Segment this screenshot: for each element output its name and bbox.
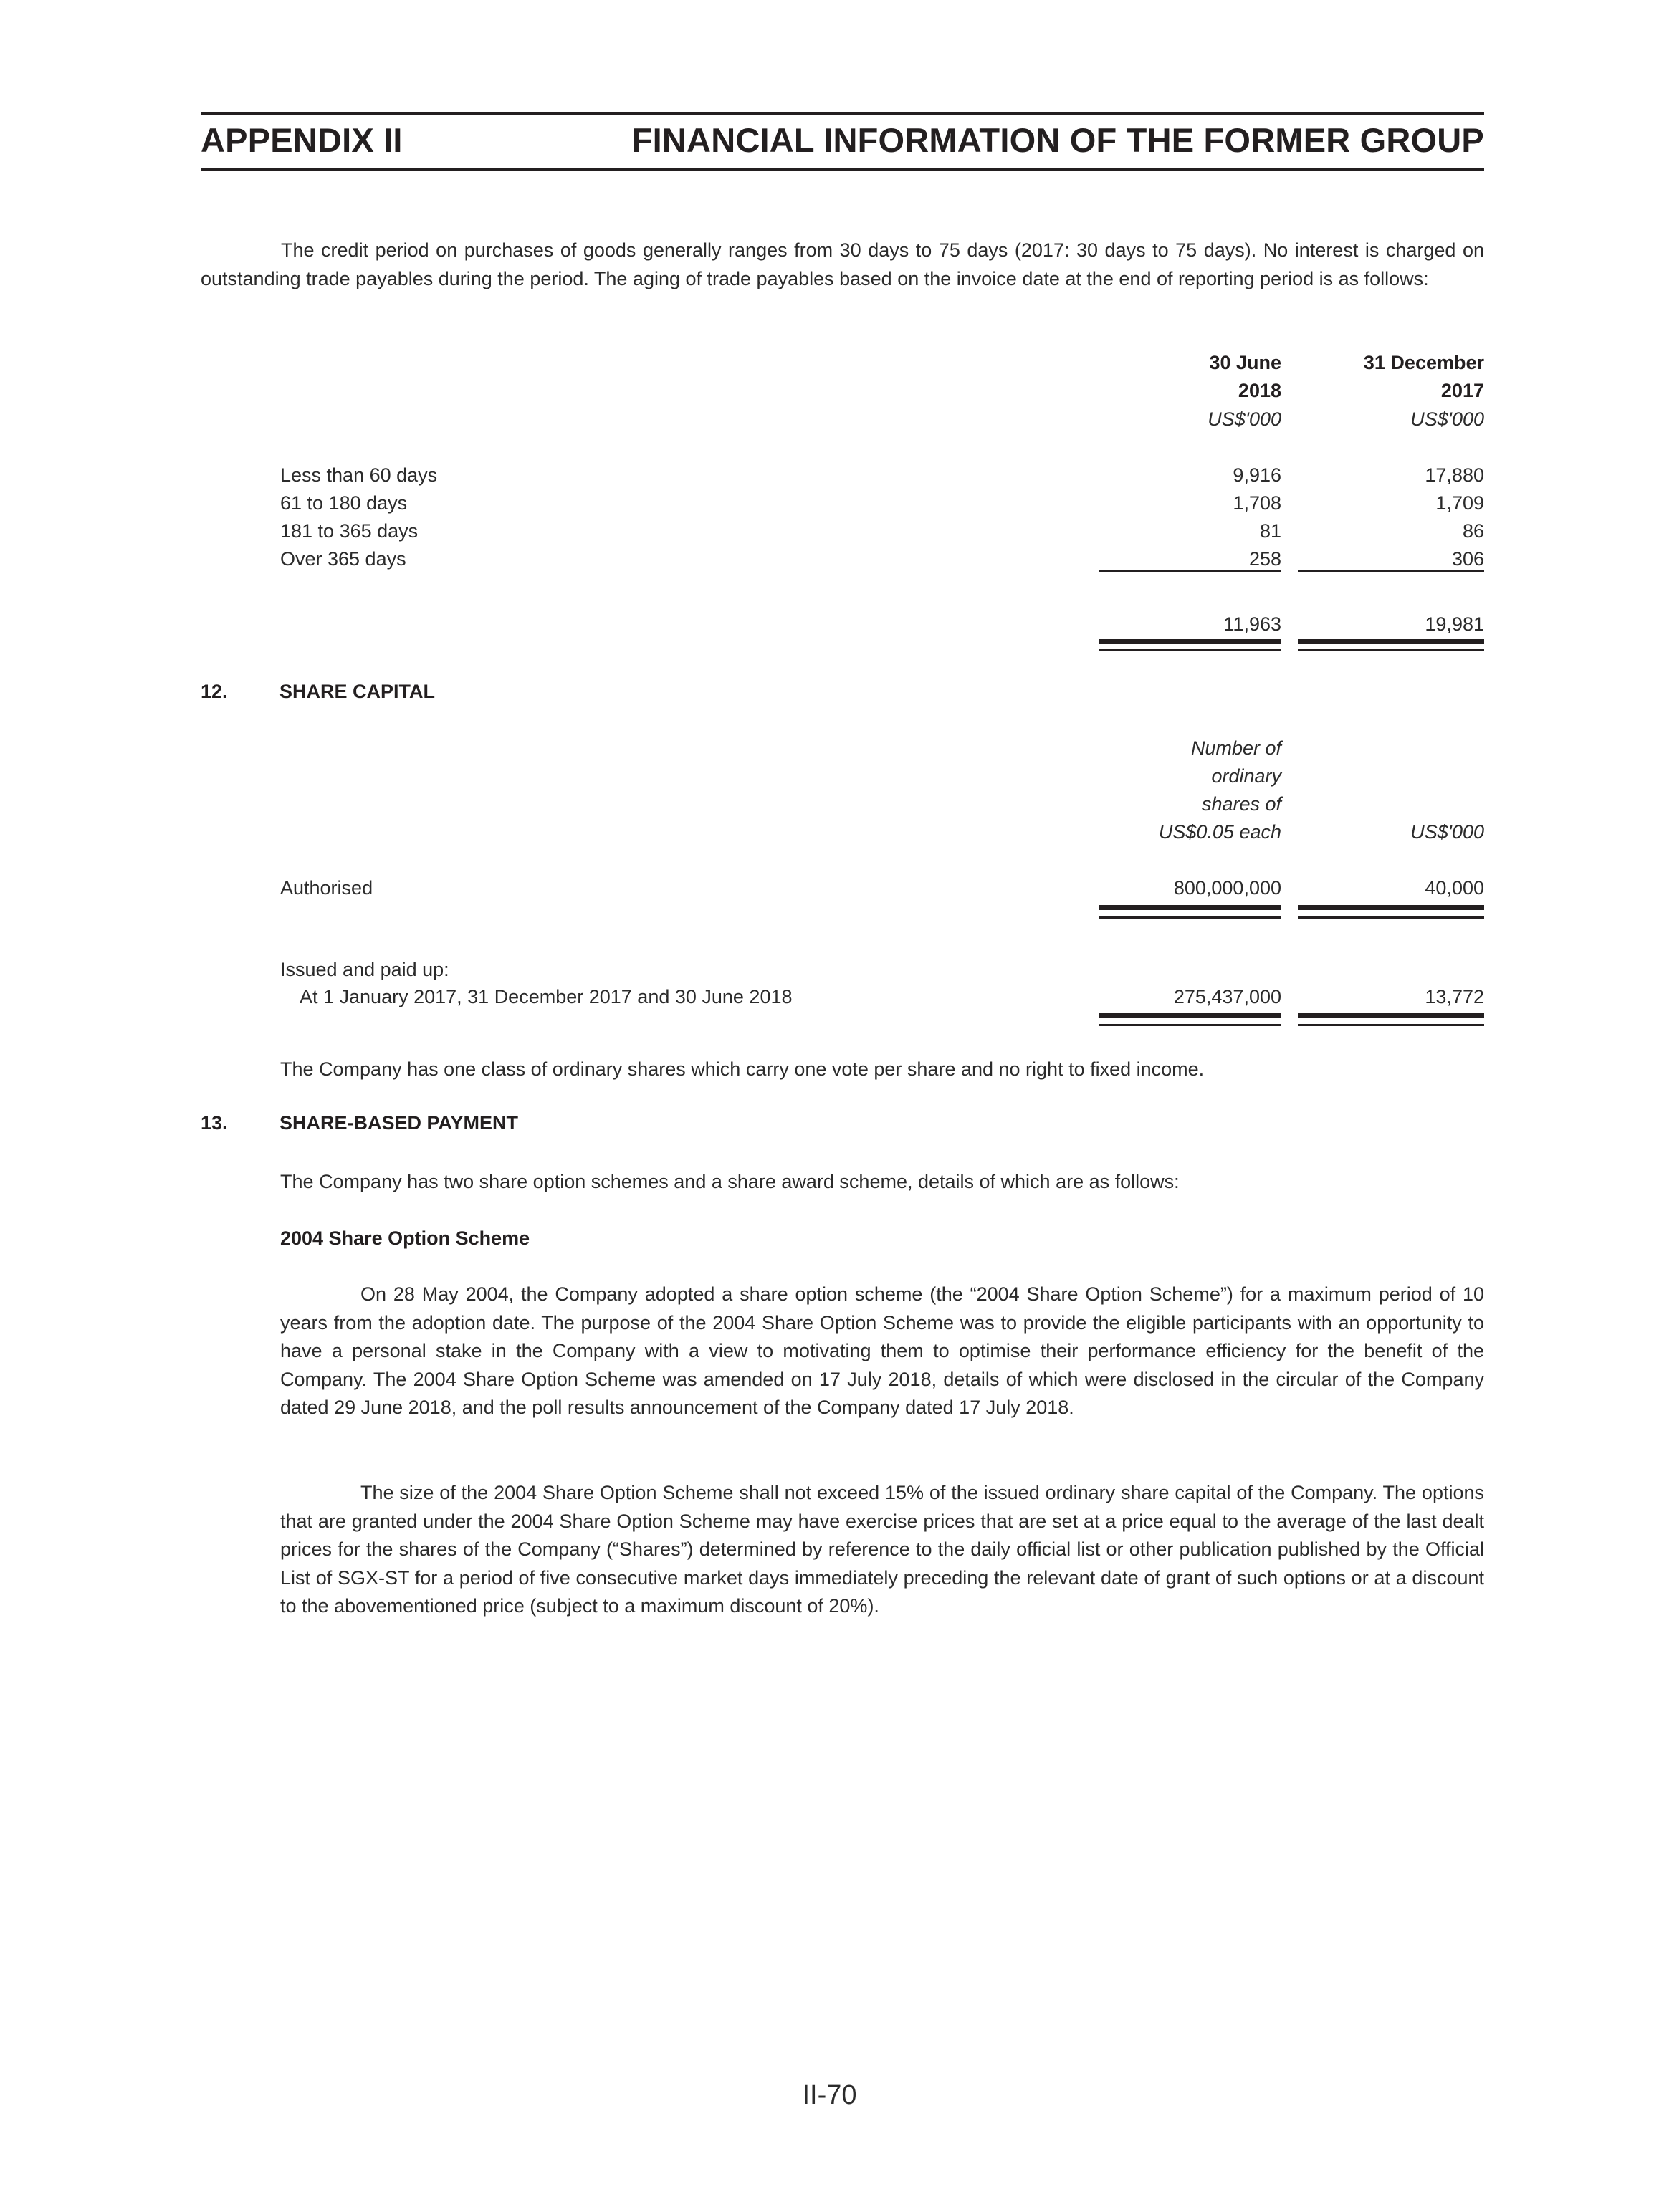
- aging-total-value: 11,963: [1111, 611, 1281, 639]
- section-13-title: SHARE-BASED PAYMENT: [279, 1112, 518, 1134]
- authorised-double-rule-thick: [1298, 905, 1484, 910]
- aging-row-value: 258: [1111, 545, 1281, 574]
- authorised-double-rule-thin: [1099, 916, 1281, 919]
- total-double-rule-thick: [1099, 639, 1281, 644]
- subtotal-rule: [1298, 570, 1484, 572]
- section-13-number: 13.: [201, 1112, 228, 1134]
- page-title: FINANCIAL INFORMATION OF THE FORMER GROU…: [632, 120, 1484, 160]
- total-double-rule-thin: [1298, 649, 1484, 651]
- authorised-label: Authorised: [280, 874, 373, 903]
- intro-paragraph: The credit period on purchases of goods …: [201, 236, 1484, 293]
- issued-row-label: At 1 January 2017, 31 December 2017 and …: [300, 983, 793, 1012]
- share-class-note: The Company has one class of ordinary sh…: [280, 1055, 1204, 1084]
- authorised-double-rule-thin: [1298, 916, 1484, 919]
- aging-row-label: Over 365 days: [280, 545, 406, 574]
- issued-double-rule-thin: [1099, 1024, 1281, 1026]
- scheme-paragraph-1: On 28 May 2004, the Company adopted a sh…: [280, 1280, 1484, 1422]
- issued-label: Issued and paid up:: [280, 956, 449, 985]
- aging-row-label: 61 to 180 days: [280, 489, 407, 518]
- col2-unit: US$'000: [1310, 406, 1484, 434]
- issued-double-rule-thin: [1298, 1024, 1484, 1026]
- section-13-intro: The Company has two share option schemes…: [280, 1168, 1180, 1197]
- aging-row-value: 1,708: [1111, 489, 1281, 518]
- total-double-rule-thin: [1099, 649, 1281, 651]
- section-12-title: SHARE CAPITAL: [279, 681, 435, 703]
- section-12-number: 12.: [201, 681, 228, 703]
- aging-row-value: 306: [1310, 545, 1484, 574]
- shares-col-header-line: ordinary: [1111, 762, 1281, 791]
- subtotal-rule: [1099, 570, 1281, 572]
- subheading-2004-scheme: 2004 Share Option Scheme: [280, 1225, 530, 1253]
- amount-col-header: US$'000: [1310, 818, 1484, 847]
- authorised-double-rule-thick: [1099, 905, 1281, 910]
- appendix-label: APPENDIX II: [201, 120, 403, 160]
- authorised-amount: 40,000: [1310, 874, 1484, 903]
- page-number: II-70: [0, 2080, 1659, 2111]
- shares-col-header-line: shares of: [1111, 790, 1281, 819]
- shares-col-header-line: US$0.05 each: [1111, 818, 1281, 847]
- aging-total-value: 19,981: [1310, 611, 1484, 639]
- col1-unit: US$'000: [1111, 406, 1281, 434]
- header-bottom-rule: [201, 168, 1484, 171]
- scheme-paragraph-2: The size of the 2004 Share Option Scheme…: [280, 1479, 1484, 1621]
- shares-col-header-line: Number of: [1111, 734, 1281, 763]
- aging-row-value: 81: [1111, 517, 1281, 546]
- issued-double-rule-thick: [1298, 1013, 1484, 1018]
- authorised-shares: 800,000,000: [1111, 874, 1281, 903]
- col1-header-line1: 30 June: [1111, 349, 1281, 378]
- total-double-rule-thick: [1298, 639, 1484, 644]
- aging-row-label: 181 to 365 days: [280, 517, 418, 546]
- col1-header-line2: 2018: [1111, 377, 1281, 406]
- header-top-rule: [201, 112, 1484, 115]
- aging-row-label: Less than 60 days: [280, 461, 437, 490]
- col2-header-line2: 2017: [1310, 377, 1484, 406]
- issued-amount: 13,772: [1310, 983, 1484, 1012]
- issued-shares: 275,437,000: [1111, 983, 1281, 1012]
- issued-double-rule-thick: [1099, 1013, 1281, 1018]
- aging-row-value: 17,880: [1310, 461, 1484, 490]
- aging-row-value: 9,916: [1111, 461, 1281, 490]
- aging-row-value: 86: [1310, 517, 1484, 546]
- col2-header-line1: 31 December: [1310, 349, 1484, 378]
- aging-row-value: 1,709: [1310, 489, 1484, 518]
